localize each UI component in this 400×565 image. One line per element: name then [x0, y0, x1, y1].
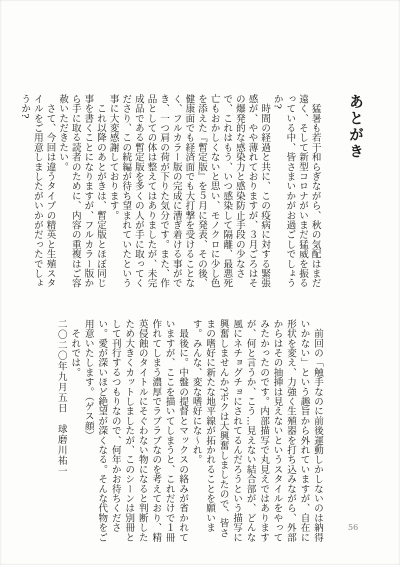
page-title: あとがき: [347, 94, 364, 292]
afterword-paragraph: それでは。: [68, 319, 81, 543]
bottom-text-band: 前回の「触手なのに前後運動しかしないのは納得いかない」という趣旨から外れています…: [20, 319, 324, 543]
top-text-band: あとがき 猛暑も若干和らぎながら、秋の気配はまだ遠く、そして新型コロナがいまだ猛…: [30, 94, 364, 292]
afterword-paragraph: 猛暑も若干和らぎながら、秋の気配はまだ遠く、そして新型コロナがいまだ猛威を振るっ…: [270, 94, 321, 292]
afterword-paragraph: 最後に。中盤の提督とマックスの絡みが省かれていますが、ここを描いてしまうと、これ…: [81, 319, 189, 543]
afterword-paragraph: 時間の経過と共に、この疫病に対する緊張感が、やや薄れておりますが、３月ごろはその…: [106, 94, 270, 292]
afterword-page: あとがき 猛暑も若干和らぎながら、秋の気配はまだ遠く、そして新型コロナがいまだ猛…: [0, 0, 400, 565]
afterword-paragraph: さて、今回は違うタイプの精英と生殖スタイルをご用意しましたがいかがだったでしょう…: [18, 94, 56, 292]
page-number: 56: [348, 523, 358, 532]
afterword-paragraph: 前回の「触手なのに前後運動しかしないのは納得いかない」という趣旨から外れています…: [189, 319, 324, 543]
afterword-paragraph: これ以降のあとがきは、暫定版とほぼ同じ事を書くことになりますが、フルカラー版から…: [55, 94, 106, 292]
date-signature: 二〇二〇年九月五日 球磨川祐一: [54, 319, 67, 543]
